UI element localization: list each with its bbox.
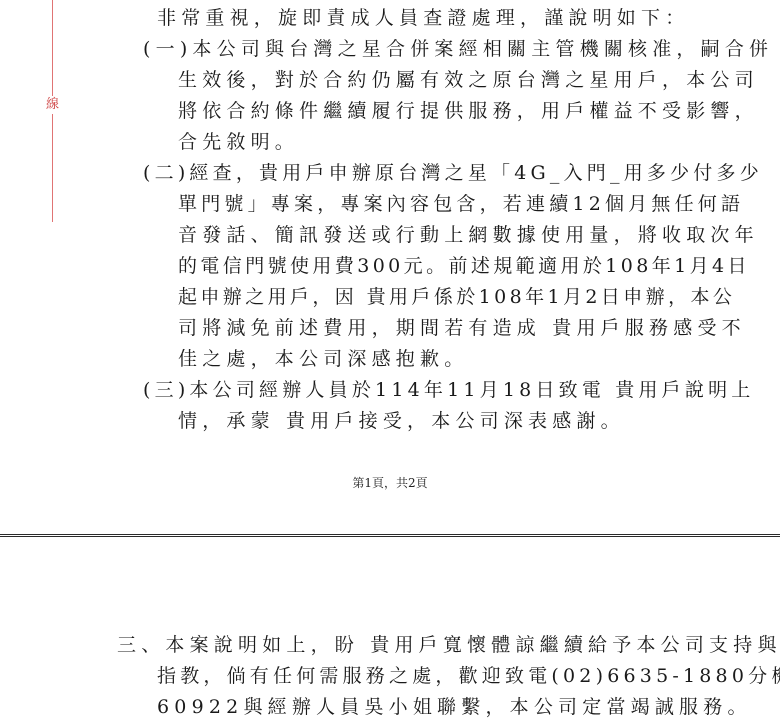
item-2-line-4: 的電信門號使用費300元。前述規範適用於108年1月4日: [178, 251, 750, 282]
page-number: 第1頁，共2頁: [0, 474, 780, 492]
item-3-line-2: 情，承蒙 貴用戶接受，本公司深表感謝。: [178, 406, 625, 437]
item-2-line-2: 單門號」專案，專案內容包含，若連續12個月無任何語: [178, 189, 744, 220]
section-3-line-2: 指教，倘有任何需服務之處，歡迎致電(02)6635-1880分機: [157, 661, 780, 692]
item-1-line-3: 將依合約條件繼續履行提供服務，用戶權益不受影響，: [178, 96, 759, 127]
item-2-line-7: 佳之處，本公司深感抱歉。: [178, 344, 468, 375]
item-1-line-1: (一)本公司與台灣之星合併案經相關主管機關核准，嗣合併: [143, 34, 773, 65]
item-1-line-2: 生效後，對於合約仍屬有效之原台灣之星用戶，本公司: [178, 65, 759, 96]
section-3-line-1: 三、本案說明如上，盼 貴用戶寬懷體諒繼續給予本公司支持與: [117, 630, 780, 661]
item-2-line-5: 起申辦之用戶，因 貴用戶係於108年1月2日申辦，本公: [178, 282, 735, 313]
item-3-line-1: (三)本公司經辦人員於114年11月18日致電 貴用戶說明上: [143, 375, 755, 406]
item-2-line-1: (二)經查，貴用戶申辦原台灣之星「4G_入門_用多少付多少: [143, 158, 763, 189]
page-separator: [0, 534, 780, 537]
item-2-line-6: 司將減免前述費用，期間若有造成 貴用戶服務感受不: [178, 313, 746, 344]
paragraph-intro-line: 非常重視，旋即責成人員查證處理，謹說明如下：: [157, 3, 689, 34]
document-page-2: 三、本案說明如上，盼 貴用戶寬懷體諒繼續給予本公司支持與 指教，倘有任何需服務之…: [0, 538, 780, 724]
item-2-line-3: 音發話、簡訊發送或行動上網數據使用量，將收取次年: [178, 220, 759, 251]
document-page-1: 非常重視，旋即責成人員查證處理，謹說明如下： (一)本公司與台灣之星合併案經相關…: [0, 0, 780, 535]
section-3-line-3: 60922與經辦人員吳小姐聯繫，本公司定當竭誠服務。: [157, 692, 752, 723]
item-1-line-4: 合先敘明。: [178, 127, 299, 158]
